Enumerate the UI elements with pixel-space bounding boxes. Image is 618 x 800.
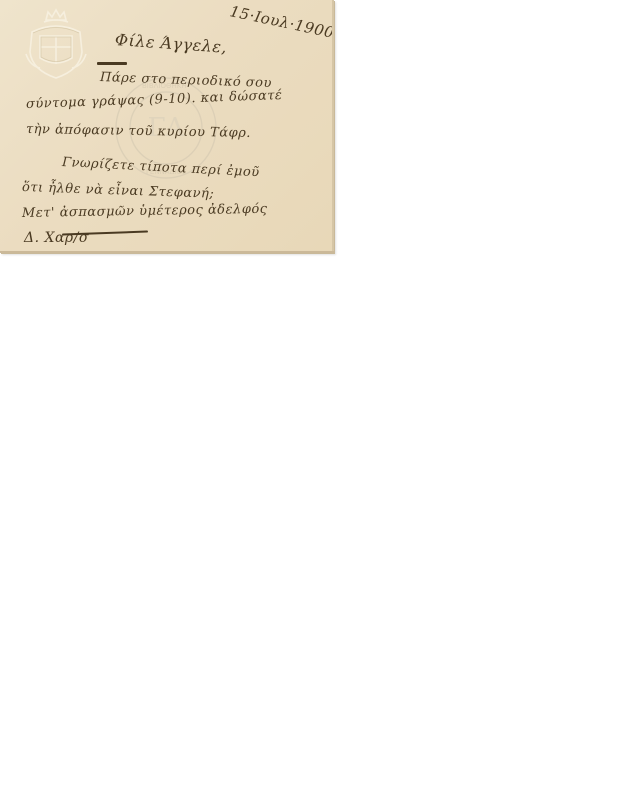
- letter-line-5: ὅτι ἦλθε νὰ εἶναι Στεφανή;: [22, 180, 215, 202]
- embossed-royal-coat-of-arms-icon: [22, 6, 90, 82]
- underline-stroke: [97, 62, 127, 65]
- letter-card: ΓΑ ΒΙΒΛΙΟΘΗΚΗ ΓΕΝΝΑΔΙΟΣ 15·Ιουλ·1900. Φί…: [0, 0, 334, 253]
- page: ΓΑ ΒΙΒΛΙΟΘΗΚΗ ΓΕΝΝΑΔΙΟΣ 15·Ιουλ·1900. Φί…: [0, 0, 618, 800]
- letter-line-3: τὴν ἀπόφασιν τοῦ κυρίου Τάφρ.: [26, 122, 251, 141]
- letter-signature: Δ. Χαρ/σ: [24, 230, 89, 246]
- card-edge-right: [332, 0, 334, 253]
- letter-date: 15·Ιουλ·1900.: [228, 2, 334, 43]
- letter-line-6: Μετ' ἀσπασμῶν ὑμέτερος ἀδελφός: [22, 202, 268, 221]
- card-edge-bottom: [0, 251, 334, 253]
- letter-salutation: Φίλε Άγγελε,: [114, 30, 227, 57]
